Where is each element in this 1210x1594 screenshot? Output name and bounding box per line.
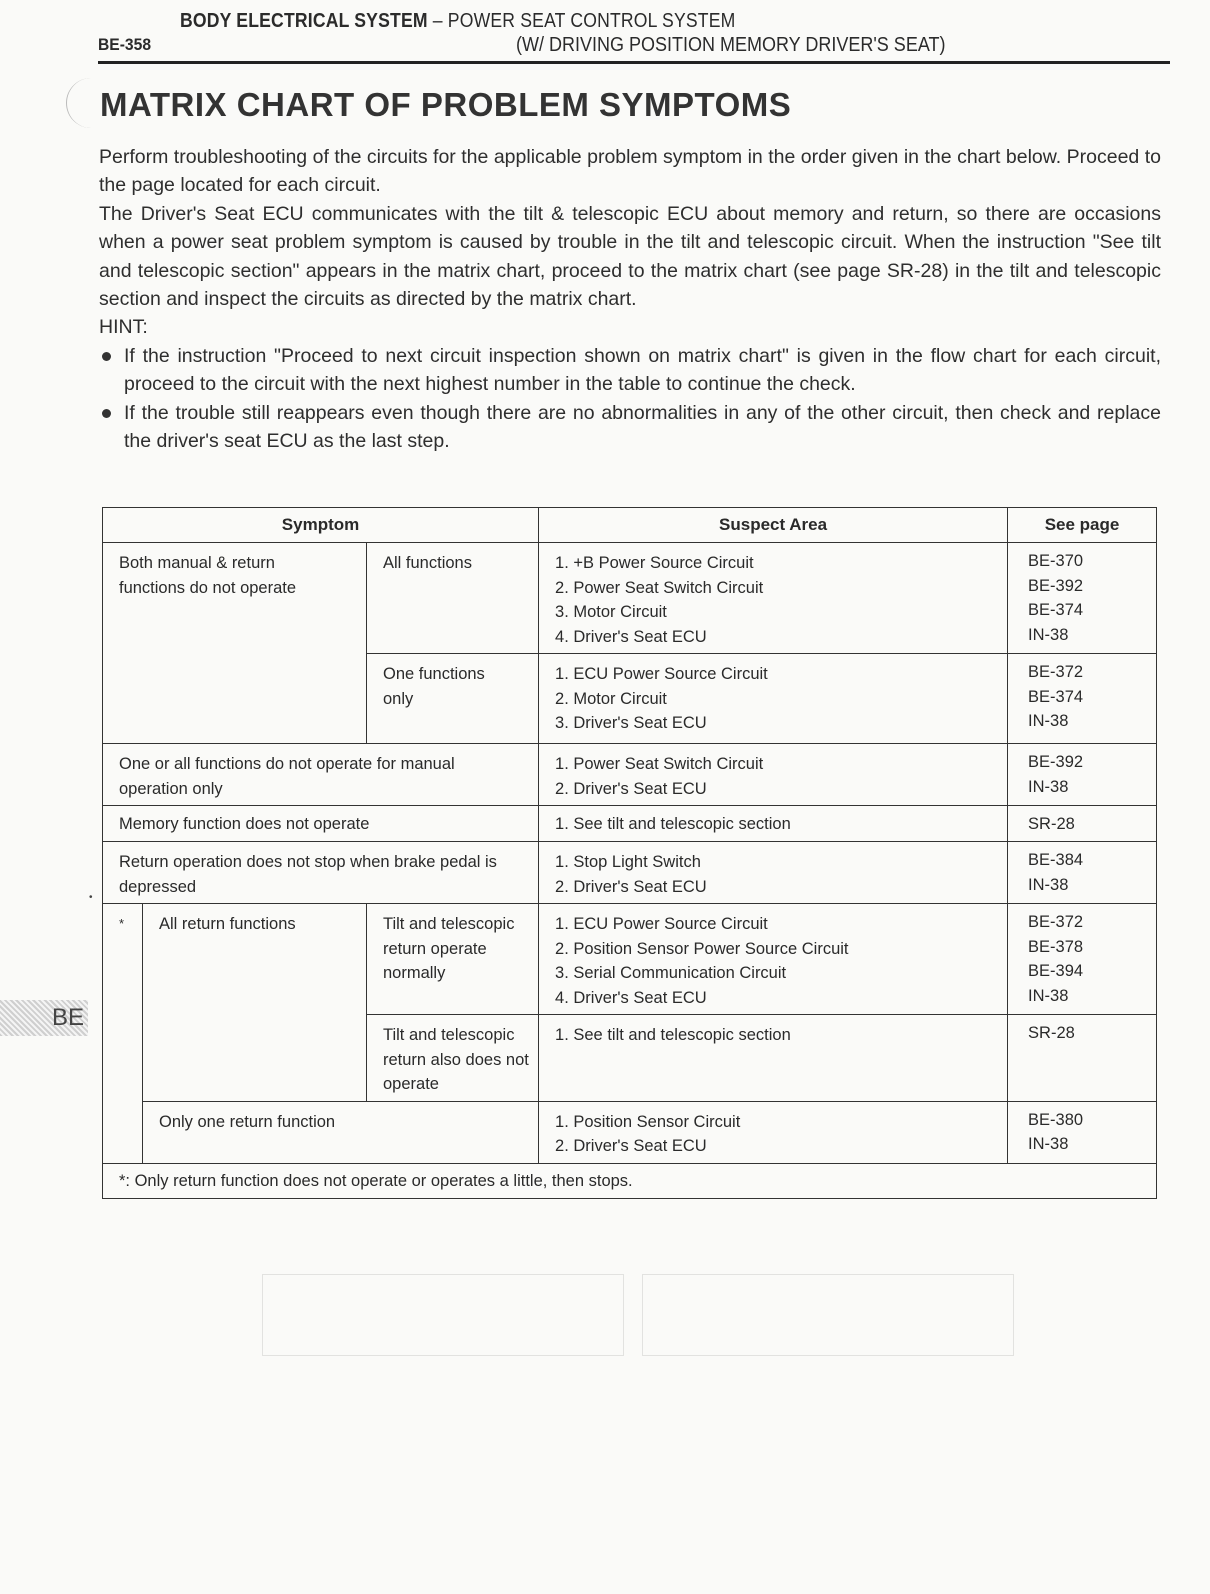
table-row: One or all functions do not operate for … — [103, 744, 1157, 806]
list-item: IN-38 — [1028, 873, 1156, 898]
header-title-separator: – — [428, 10, 448, 32]
table-row: Return operation does not stop when brak… — [103, 842, 1157, 904]
list-item: SR-28 — [1028, 1021, 1156, 1046]
sub-symptom-text: Only one return function — [143, 1102, 538, 1139]
page-list: BE-372BE-378BE-394IN-38 — [1008, 904, 1156, 1012]
sub-symptom-cell: Only one return function — [143, 1101, 539, 1163]
suspect-cell: 1. See tilt and telescopic section — [539, 806, 1008, 842]
footnote-cell: *: Only return function does not operate… — [103, 1163, 1157, 1198]
section-tab-be: BE — [0, 1000, 88, 1036]
sub-symptom-cell: All return functions — [143, 904, 367, 1102]
page-cell: BE-384IN-38 — [1008, 842, 1157, 904]
footnote-marker-cell: * — [103, 904, 143, 1164]
list-item: 2. Power Seat Switch Circuit — [555, 576, 993, 601]
page-list: BE-392IN-38 — [1008, 744, 1156, 803]
list-item: BE-380 — [1028, 1108, 1156, 1133]
list-item: BE-378 — [1028, 935, 1156, 960]
list-item: 1. ECU Power Source Circuit — [555, 662, 993, 687]
footnote-marker: * — [103, 904, 142, 941]
suspect-list: 1. Position Sensor Circuit2. Driver's Se… — [539, 1102, 1007, 1163]
sub-symptom-text: All functions — [367, 543, 538, 580]
sub-symptom-cell: Tilt and telescopic return also does not… — [367, 1015, 539, 1102]
list-item: 3. Motor Circuit — [555, 600, 993, 625]
suspect-cell: 1. Position Sensor Circuit2. Driver's Se… — [539, 1101, 1008, 1163]
list-item: 1. Stop Light Switch — [555, 850, 993, 875]
list-item: 1. See tilt and telescopic section — [555, 812, 993, 837]
list-item: 1. Position Sensor Circuit — [555, 1110, 993, 1135]
hint-item: If the trouble still reappears even thou… — [99, 399, 1161, 456]
list-item: SR-28 — [1028, 812, 1156, 837]
connector-outline — [642, 1274, 1014, 1356]
suspect-list: 1. Power Seat Switch Circuit2. Driver's … — [539, 744, 1007, 805]
page-list: BE-384IN-38 — [1008, 842, 1156, 901]
suspect-list: 1. Stop Light Switch2. Driver's Seat ECU — [539, 842, 1007, 903]
symptom-text: One or all functions do not operate for … — [103, 744, 538, 805]
sub-symptom-cell: Tilt and telescopic return operate norma… — [367, 904, 539, 1015]
page-number: BE-358 — [98, 35, 151, 55]
list-item: 2. Position Sensor Power Source Circuit — [555, 937, 993, 962]
header-subtitle: (W/ DRIVING POSITION MEMORY DRIVER'S SEA… — [516, 34, 945, 57]
section-title: MATRIX CHART OF PROBLEM SYMPTOMS — [100, 86, 791, 124]
symptom-text: Return operation does not stop when brak… — [103, 842, 538, 903]
list-item: 4. Driver's Seat ECU — [555, 625, 993, 650]
list-item: BE-374 — [1028, 598, 1156, 623]
matrix-chart-table: Symptom Suspect Area See page Both manua… — [102, 507, 1157, 1199]
suspect-cell: 1. Stop Light Switch2. Driver's Seat ECU — [539, 842, 1008, 904]
list-item: 1. Power Seat Switch Circuit — [555, 752, 993, 777]
suspect-cell: 1. See tilt and telescopic section — [539, 1015, 1008, 1102]
list-item: 2. Driver's Seat ECU — [555, 777, 993, 802]
list-item: BE-372 — [1028, 910, 1156, 935]
hint-item: If the instruction "Proceed to next circ… — [99, 342, 1161, 399]
symptom-cell: Return operation does not stop when brak… — [103, 842, 539, 904]
list-item: BE-384 — [1028, 848, 1156, 873]
page-cell: BE-372BE-378BE-394IN-38 — [1008, 904, 1157, 1015]
symptom-cell: Memory function does not operate — [103, 806, 539, 842]
list-item: IN-38 — [1028, 623, 1156, 648]
page-cell: BE-370BE-392BE-374IN-38 — [1008, 543, 1157, 654]
intro-paragraph-1: Perform troubleshooting of the circuits … — [99, 143, 1161, 200]
hint-text: If the trouble still reappears even thou… — [124, 402, 1161, 452]
page-cell: SR-28 — [1008, 806, 1157, 842]
list-item: IN-38 — [1028, 775, 1156, 800]
bleed-through-connector-diagram — [232, 1262, 1022, 1382]
page-header: BE-358 BODY ELECTRICAL SYSTEM – POWER SE… — [98, 8, 1170, 64]
page-cell: BE-372BE-374IN-38 — [1008, 654, 1157, 744]
list-item: 3. Serial Communication Circuit — [555, 961, 993, 986]
sub-symptom-text: All return functions — [143, 904, 366, 941]
suspect-list: 1. ECU Power Source Circuit2. Position S… — [539, 904, 1007, 1014]
table-row: Memory function does not operate 1. See … — [103, 806, 1157, 842]
header-suspect-area: Suspect Area — [539, 508, 1008, 543]
bullet-icon — [102, 409, 111, 418]
page-list: BE-380IN-38 — [1008, 1102, 1156, 1161]
suspect-list: 1. See tilt and telescopic section — [539, 806, 1007, 841]
page-list: BE-370BE-392BE-374IN-38 — [1008, 543, 1156, 651]
symptom-text: Both manual & return functions do not op… — [103, 543, 366, 604]
list-item: BE-392 — [1028, 574, 1156, 599]
page-list: BE-372BE-374IN-38 — [1008, 654, 1156, 738]
page-cell: BE-392IN-38 — [1008, 744, 1157, 806]
symptom-cell: One or all functions do not operate for … — [103, 744, 539, 806]
table-row: Only one return function 1. Position Sen… — [103, 1101, 1157, 1163]
intro-text: Perform troubleshooting of the circuits … — [99, 143, 1161, 455]
header-title-subsystem: POWER SEAT CONTROL SYSTEM — [448, 10, 736, 32]
sub-symptom-text: One functions only — [367, 654, 538, 715]
symptom-text: Memory function does not operate — [103, 806, 538, 841]
header-rule — [98, 61, 1170, 64]
header-title-system: BODY ELECTRICAL SYSTEM — [180, 10, 428, 32]
list-item: IN-38 — [1028, 709, 1156, 734]
suspect-cell: 1. Power Seat Switch Circuit2. Driver's … — [539, 744, 1008, 806]
scan-bracket-mark — [66, 78, 97, 128]
list-item: BE-372 — [1028, 660, 1156, 685]
list-item: 3. Driver's Seat ECU — [555, 711, 993, 736]
suspect-cell: 1. ECU Power Source Circuit2. Motor Circ… — [539, 654, 1008, 744]
margin-mark: • — [89, 892, 93, 903]
suspect-cell: 1. ECU Power Source Circuit2. Position S… — [539, 904, 1008, 1015]
table-header-row: Symptom Suspect Area See page — [103, 508, 1157, 543]
list-item: 2. Driver's Seat ECU — [555, 875, 993, 900]
page-cell: SR-28 — [1008, 1015, 1157, 1102]
suspect-cell: 1. +B Power Source Circuit2. Power Seat … — [539, 543, 1008, 654]
connector-outline — [262, 1274, 624, 1356]
list-item: 2. Motor Circuit — [555, 687, 993, 712]
list-item: BE-394 — [1028, 959, 1156, 984]
page-cell: BE-380IN-38 — [1008, 1101, 1157, 1163]
sub-symptom-cell: All functions — [367, 543, 539, 654]
header-title: BODY ELECTRICAL SYSTEM – POWER SEAT CONT… — [180, 10, 735, 33]
table-row: * All return functions Tilt and telescop… — [103, 904, 1157, 1015]
hint-text: If the instruction "Proceed to next circ… — [124, 345, 1161, 395]
bullet-icon — [102, 352, 111, 361]
page-list: SR-28 — [1008, 806, 1156, 841]
sub-symptom-text: Tilt and telescopic return operate norma… — [367, 904, 538, 990]
footnote-text: *: Only return function does not operate… — [103, 1164, 1156, 1198]
list-item: 1. ECU Power Source Circuit — [555, 912, 993, 937]
suspect-list: 1. ECU Power Source Circuit2. Motor Circ… — [539, 654, 1007, 740]
list-item: BE-392 — [1028, 750, 1156, 775]
sub-symptom-cell: One functions only — [367, 654, 539, 744]
list-item: BE-370 — [1028, 549, 1156, 574]
list-item: 2. Driver's Seat ECU — [555, 1134, 993, 1159]
list-item: 4. Driver's Seat ECU — [555, 986, 993, 1011]
list-item: IN-38 — [1028, 984, 1156, 1009]
list-item: BE-374 — [1028, 685, 1156, 710]
hint-label: HINT: — [99, 313, 1161, 341]
header-symptom: Symptom — [103, 508, 539, 543]
list-item: IN-38 — [1028, 1132, 1156, 1157]
page-list: SR-28 — [1008, 1015, 1156, 1050]
footnote-row: *: Only return function does not operate… — [103, 1163, 1157, 1198]
suspect-list: 1. +B Power Source Circuit2. Power Seat … — [539, 543, 1007, 653]
list-item: 1. See tilt and telescopic section — [555, 1023, 993, 1048]
suspect-list: 1. See tilt and telescopic section — [539, 1015, 1007, 1052]
sub-symptom-text: Tilt and telescopic return also does not… — [367, 1015, 538, 1101]
table-row: Both manual & return functions do not op… — [103, 543, 1157, 654]
symptom-cell: Both manual & return functions do not op… — [103, 543, 367, 744]
list-item: 1. +B Power Source Circuit — [555, 551, 993, 576]
header-see-page: See page — [1008, 508, 1157, 543]
intro-paragraph-2: The Driver's Seat ECU communicates with … — [99, 200, 1161, 314]
